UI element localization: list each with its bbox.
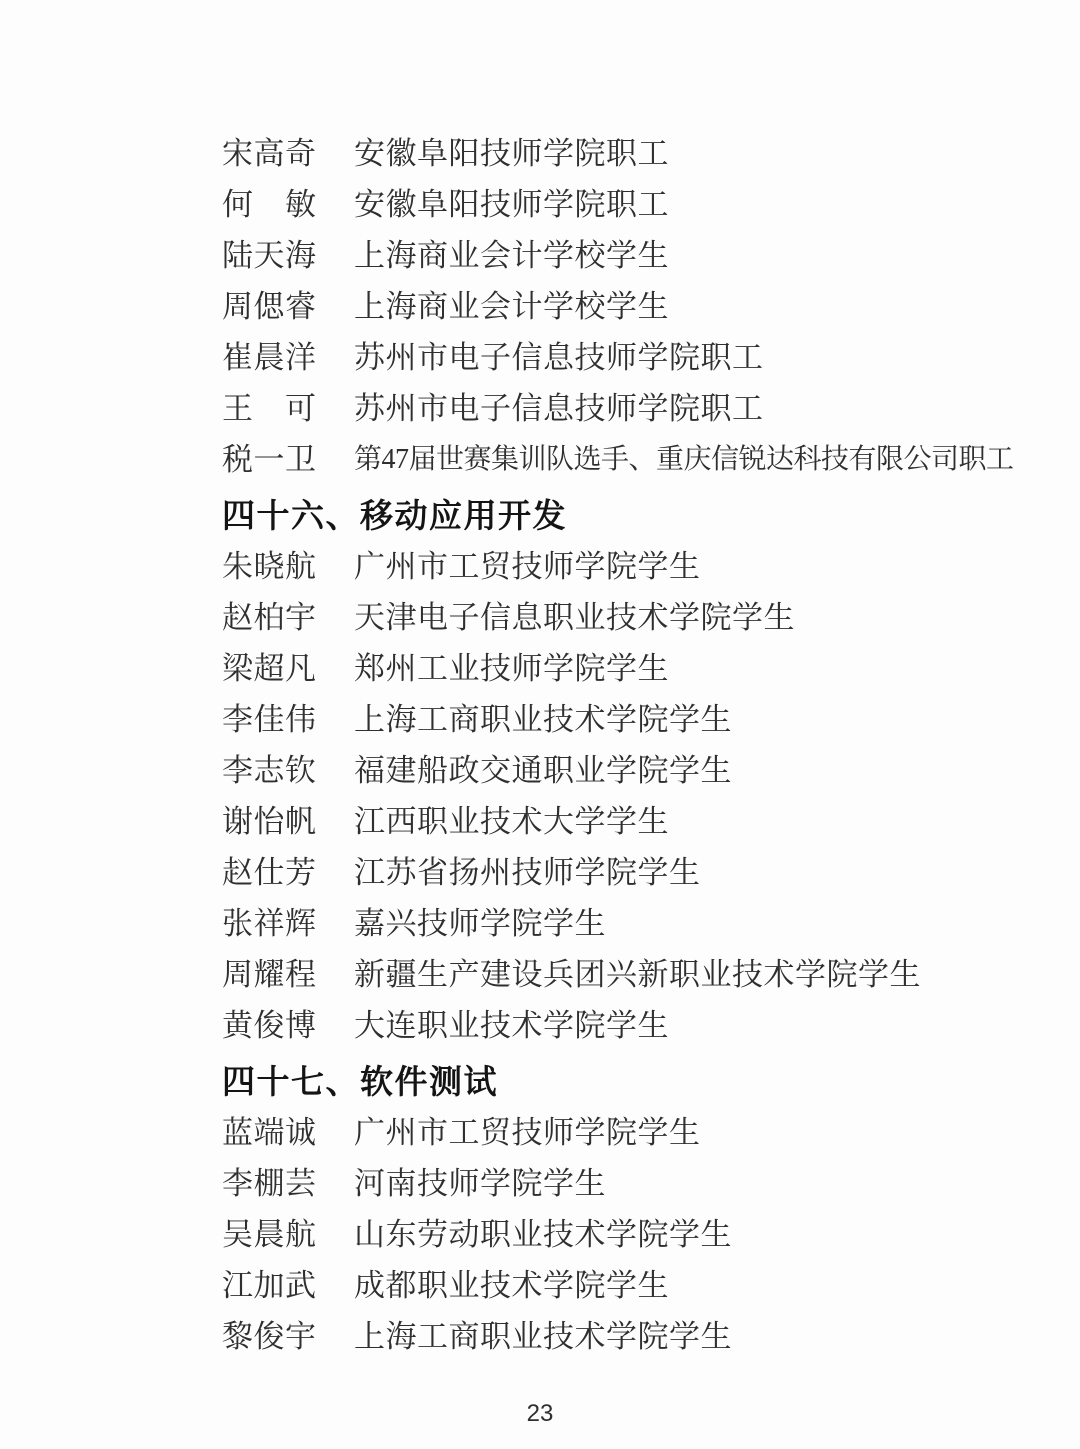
- list-item: 黄俊博 大连职业技术学院学生: [222, 1000, 1020, 1051]
- list-item: 何 敏 安徽阜阳技师学院职工: [222, 179, 1020, 230]
- list-item: 梁超凡 郑州工业技师学院学生: [222, 643, 1020, 694]
- section-heading-software-testing: 四十七、软件测试: [222, 1051, 1020, 1107]
- person-affiliation: 福建船政交通职业学院学生: [354, 755, 732, 786]
- person-name: 朱晓航: [222, 551, 322, 582]
- person-name: 江加武: [222, 1270, 322, 1301]
- person-name: 周耀程: [222, 959, 322, 990]
- list-section-software-testing: 蓝端诚 广州市工贸技师学院学生 李棚芸 河南技师学院学生 吴晨航 山东劳动职业技…: [222, 1107, 1020, 1362]
- list-item: 李志钦 福建船政交通职业学院学生: [222, 745, 1020, 796]
- person-name: 李志钦: [222, 755, 322, 786]
- list-item: 吴晨航 山东劳动职业技术学院学生: [222, 1209, 1020, 1260]
- list-item: 张祥辉 嘉兴技师学院学生: [222, 898, 1020, 949]
- list-item: 税一卫 第47届世赛集训队选手、重庆信锐达科技有限公司职工: [222, 434, 1020, 485]
- person-name: 赵仕芳: [222, 857, 322, 888]
- document-page: 宋高奇 安徽阜阳技师学院职工 何 敏 安徽阜阳技师学院职工 陆天海 上海商业会计…: [0, 0, 1080, 1449]
- person-name: 李棚芸: [222, 1168, 322, 1199]
- person-affiliation: 嘉兴技师学院学生: [354, 908, 606, 939]
- list-item: 江加武 成都职业技术学院学生: [222, 1260, 1020, 1311]
- person-affiliation: 广州市工贸技师学院学生: [354, 551, 701, 582]
- person-affiliation: 天津电子信息职业技术学院学生: [354, 602, 795, 633]
- section-heading-mobile-app-dev: 四十六、移动应用开发: [222, 485, 1020, 541]
- list-item: 赵仕芳 江苏省扬州技师学院学生: [222, 847, 1020, 898]
- person-name: 吴晨航: [222, 1219, 322, 1250]
- person-affiliation: 上海工商职业技术学院学生: [354, 1321, 732, 1352]
- list-item: 赵柏宇 天津电子信息职业技术学院学生: [222, 592, 1020, 643]
- list-item: 朱晓航 广州市工贸技师学院学生: [222, 541, 1020, 592]
- list-item: 谢怡帆 江西职业技术大学学生: [222, 796, 1020, 847]
- person-affiliation: 苏州市电子信息技师学院职工: [354, 393, 764, 424]
- list-section-continued: 宋高奇 安徽阜阳技师学院职工 何 敏 安徽阜阳技师学院职工 陆天海 上海商业会计…: [222, 128, 1020, 485]
- person-name: 税一卫: [222, 444, 322, 475]
- person-name: 李佳伟: [222, 704, 322, 735]
- person-name: 王 可: [222, 393, 322, 424]
- person-affiliation: 安徽阜阳技师学院职工: [354, 189, 669, 220]
- list-item: 周耀程 新疆生产建设兵团兴新职业技术学院学生: [222, 949, 1020, 1000]
- person-name: 赵柏宇: [222, 602, 322, 633]
- list-item: 王 可 苏州市电子信息技师学院职工: [222, 383, 1020, 434]
- person-name: 崔晨洋: [222, 342, 322, 373]
- person-name: 蓝端诚: [222, 1117, 322, 1148]
- page-number: 23: [527, 1400, 554, 1427]
- person-name: 何 敏: [222, 189, 322, 220]
- person-affiliation: 河南技师学院学生: [354, 1168, 606, 1199]
- person-name: 周偲睿: [222, 291, 322, 322]
- person-affiliation: 第47届世赛集训队选手、重庆信锐达科技有限公司职工: [354, 446, 1014, 474]
- list-section-mobile-app-dev: 朱晓航 广州市工贸技师学院学生 赵柏宇 天津电子信息职业技术学院学生 梁超凡 郑…: [222, 541, 1020, 1051]
- person-name: 梁超凡: [222, 653, 322, 684]
- person-affiliation: 广州市工贸技师学院学生: [354, 1117, 701, 1148]
- award-list: 宋高奇 安徽阜阳技师学院职工 何 敏 安徽阜阳技师学院职工 陆天海 上海商业会计…: [0, 0, 1080, 1362]
- list-item: 崔晨洋 苏州市电子信息技师学院职工: [222, 332, 1020, 383]
- person-name: 宋高奇: [222, 138, 322, 169]
- person-name: 张祥辉: [222, 908, 322, 939]
- page-footer: 23: [0, 1400, 1080, 1428]
- person-name: 黎俊宇: [222, 1321, 322, 1352]
- person-affiliation: 大连职业技术学院学生: [354, 1010, 669, 1041]
- list-item: 李佳伟 上海工商职业技术学院学生: [222, 694, 1020, 745]
- person-affiliation: 苏州市电子信息技师学院职工: [354, 342, 764, 373]
- list-item: 李棚芸 河南技师学院学生: [222, 1158, 1020, 1209]
- person-affiliation: 江西职业技术大学学生: [354, 806, 669, 837]
- person-name: 陆天海: [222, 240, 322, 271]
- person-affiliation: 成都职业技术学院学生: [354, 1270, 669, 1301]
- person-affiliation: 上海工商职业技术学院学生: [354, 704, 732, 735]
- person-affiliation: 郑州工业技师学院学生: [354, 653, 669, 684]
- person-affiliation: 江苏省扬州技师学院学生: [354, 857, 701, 888]
- list-item: 陆天海 上海商业会计学校学生: [222, 230, 1020, 281]
- list-item: 蓝端诚 广州市工贸技师学院学生: [222, 1107, 1020, 1158]
- person-affiliation: 山东劳动职业技术学院学生: [354, 1219, 732, 1250]
- person-name: 黄俊博: [222, 1010, 322, 1041]
- person-affiliation: 安徽阜阳技师学院职工: [354, 138, 669, 169]
- list-item: 宋高奇 安徽阜阳技师学院职工: [222, 128, 1020, 179]
- person-name: 谢怡帆: [222, 806, 322, 837]
- person-affiliation: 上海商业会计学校学生: [354, 240, 669, 271]
- list-item: 周偲睿 上海商业会计学校学生: [222, 281, 1020, 332]
- person-affiliation: 新疆生产建设兵团兴新职业技术学院学生: [354, 959, 921, 990]
- list-item: 黎俊宇 上海工商职业技术学院学生: [222, 1311, 1020, 1362]
- person-affiliation: 上海商业会计学校学生: [354, 291, 669, 322]
